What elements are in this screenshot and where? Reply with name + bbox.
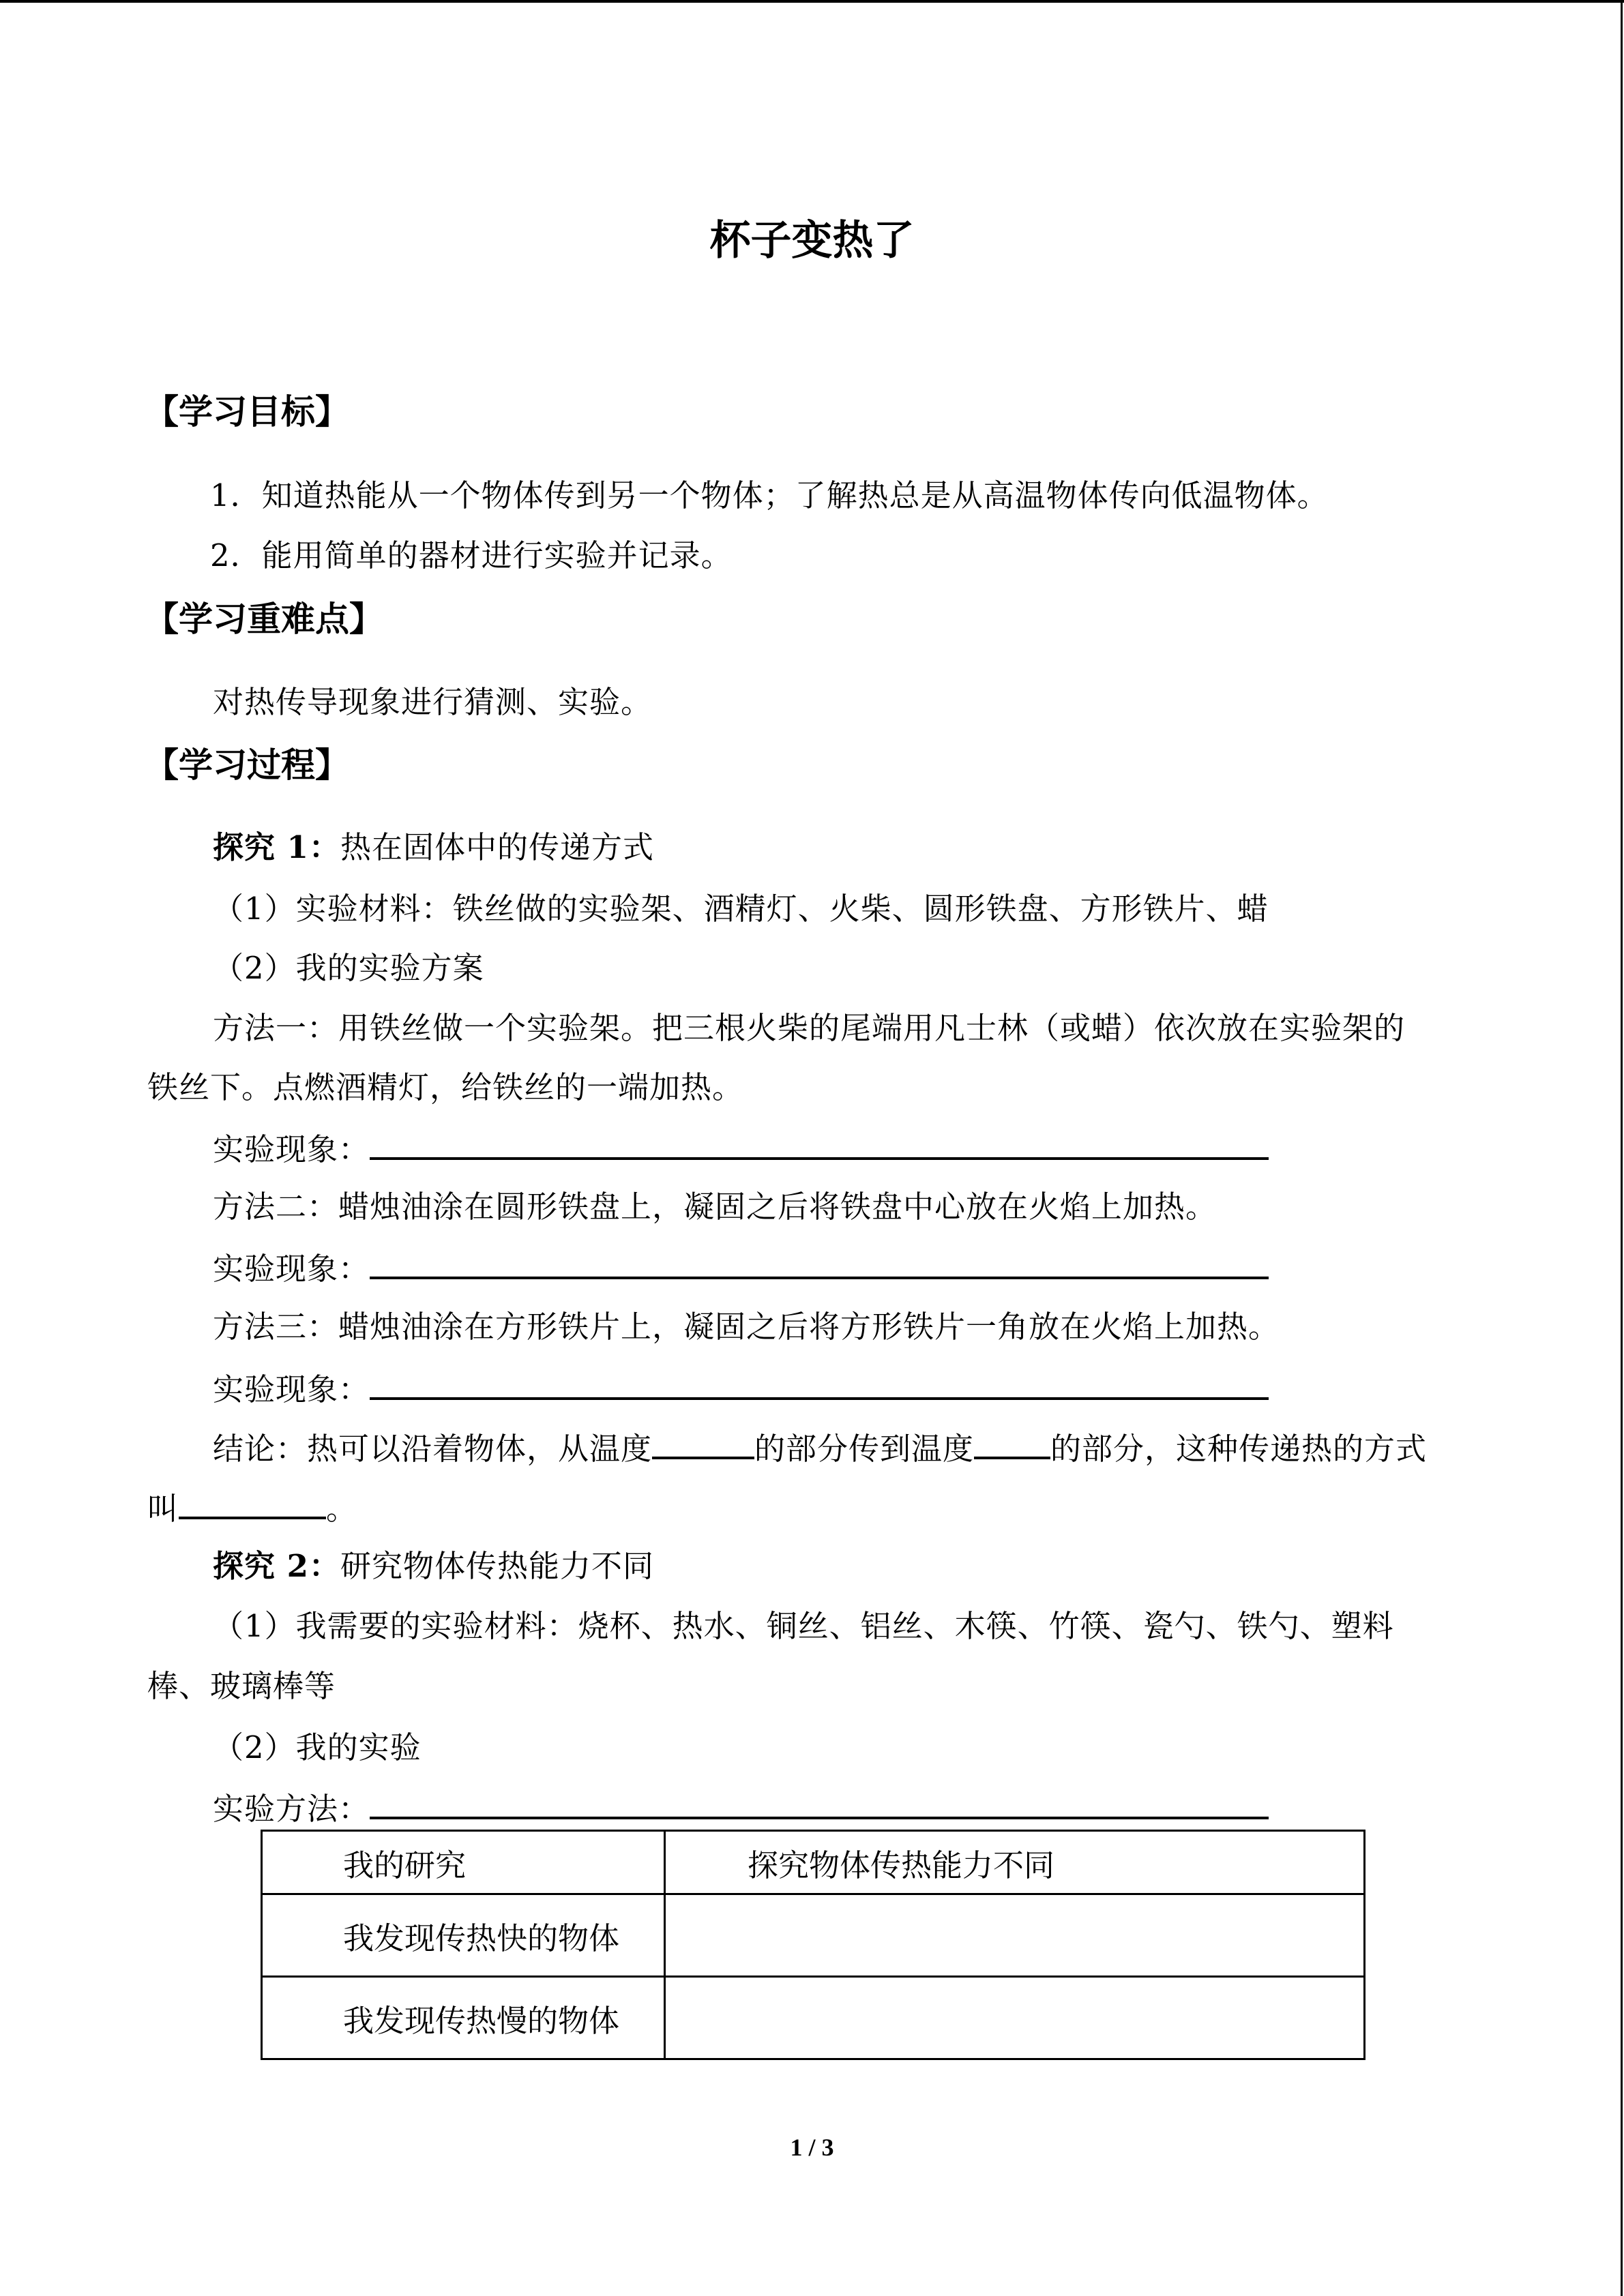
phenomenon-3: 实验现象：	[213, 1367, 1269, 1410]
inquiry-2-materials-line-2: 棒、玻璃棒等	[147, 1666, 336, 1707]
phenomenon-1-label: 实验现象：	[213, 1131, 370, 1167]
method-2: 方法二：蜡烛油涂在圆形铁盘上，凝固之后将铁盘中心放在火焰上加热。	[213, 1187, 1217, 1227]
page-right-border	[1621, 0, 1623, 2296]
heading-objectives: 【学习目标】	[145, 390, 349, 434]
experiment-method-label: 实验方法：	[213, 1791, 370, 1827]
table-cell-label: 我发现传热快的物体	[262, 1894, 665, 1977]
inquiry-2-materials-line-1: （1）我需要的实验材料：烧杯、热水、铜丝、铝丝、木筷、竹筷、瓷勺、铁勺、塑料	[213, 1606, 1394, 1647]
table-row: 我的研究 探究物体传热能力不同	[262, 1831, 1365, 1894]
phenomenon-2-label: 实验现象：	[213, 1251, 370, 1287]
page-top-border	[0, 0, 1624, 3]
results-table: 我的研究 探究物体传热能力不同 我发现传热快的物体 我发现传热慢的物体	[261, 1830, 1365, 2060]
inquiry-2-label: 探究 2：	[213, 1548, 340, 1584]
conclusion-part-2: 的部分传到温度	[754, 1431, 974, 1467]
method-3: 方法三：蜡烛油涂在方形铁片上，凝固之后将方形铁片一角放在火焰上加热。	[213, 1307, 1280, 1347]
phenomenon-1: 实验现象：	[213, 1127, 1269, 1170]
inquiry-1-label: 探究 1：	[213, 829, 340, 865]
objective-item-2: 2．能用简单的器材进行实验并记录。	[210, 535, 733, 576]
conclusion-blank-low[interactable]	[974, 1427, 1050, 1459]
heading-key-points: 【学习重难点】	[145, 597, 383, 641]
table-cell-input-slow[interactable]	[665, 1977, 1365, 2059]
conclusion-end: 。	[326, 1491, 357, 1527]
conclusion-line-1: 结论：热可以沿着物体，从温度的部分传到温度的部分，这种传递热的方式	[213, 1427, 1427, 1470]
inquiry-2-topic: 研究物体传热能力不同	[340, 1548, 654, 1584]
inquiry-1-plan-label: （2）我的实验方案	[213, 948, 484, 989]
method-1-line-2: 铁丝下。点燃酒精灯，给铁丝的一端加热。	[147, 1067, 743, 1108]
inquiry-1-topic: 热在固体中的传递方式	[340, 829, 654, 865]
method-1-line-1: 方法一：用铁丝做一个实验架。把三根火柴的尾端用凡士林（或蜡）依次放在实验架的	[213, 1008, 1405, 1049]
inquiry-2-title: 探究 2：研究物体传热能力不同	[213, 1546, 654, 1587]
table-cell-label: 我的研究	[262, 1831, 665, 1894]
document-title: 杯子变热了	[0, 217, 1624, 265]
table-cell-input-fast[interactable]	[665, 1894, 1365, 1977]
experiment-method: 实验方法：	[213, 1787, 1269, 1830]
phenomenon-3-blank[interactable]	[370, 1367, 1269, 1400]
phenomenon-3-label: 实验现象：	[213, 1371, 370, 1407]
phenomenon-1-blank[interactable]	[370, 1127, 1269, 1160]
page-indicator: 1 / 3	[0, 2133, 1624, 2162]
phenomenon-2-blank[interactable]	[370, 1247, 1269, 1279]
conclusion-part-1: 结论：热可以沿着物体，从温度	[213, 1431, 652, 1467]
table-cell-label: 我发现传热慢的物体	[262, 1977, 665, 2059]
phenomenon-2: 实验现象：	[213, 1247, 1269, 1289]
key-points-text: 对热传导现象进行猜测、实验。	[213, 682, 652, 723]
conclusion-blank-method[interactable]	[179, 1487, 326, 1519]
experiment-method-blank[interactable]	[370, 1787, 1269, 1819]
table-row: 我发现传热快的物体	[262, 1894, 1365, 1977]
conclusion-line-2: 叫。	[147, 1487, 357, 1530]
heading-process: 【学习过程】	[145, 743, 349, 787]
inquiry-1-materials: （1）实验材料：铁丝做的实验架、酒精灯、火柴、圆形铁盘、方形铁片、蜡	[213, 889, 1269, 929]
conclusion-part-4: 叫	[147, 1491, 179, 1527]
inquiry-2-experiment-label: （2）我的实验	[213, 1727, 422, 1768]
inquiry-1-title: 探究 1：热在固体中的传递方式	[213, 827, 654, 868]
conclusion-blank-high[interactable]	[652, 1427, 754, 1459]
table-row: 我发现传热慢的物体	[262, 1977, 1365, 2059]
objective-item-1: 1．知道热能从一个物体传到另一个物体；了解热总是从高温物体传向低温物体。	[210, 475, 1329, 516]
conclusion-part-3: 的部分，这种传递热的方式	[1050, 1431, 1427, 1467]
table-cell-value: 探究物体传热能力不同	[665, 1831, 1365, 1894]
